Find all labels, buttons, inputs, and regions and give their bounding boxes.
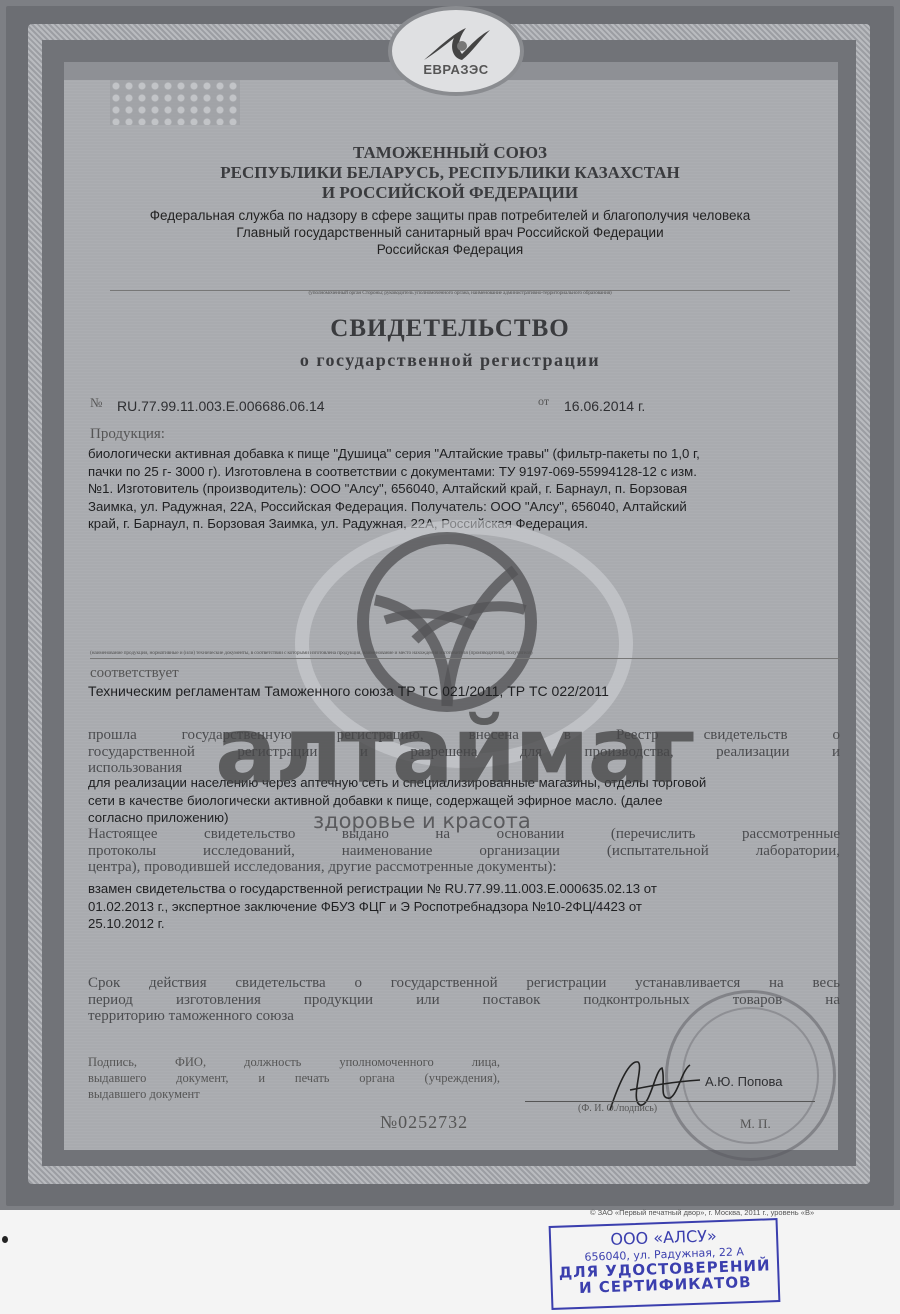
seal-mark: М. П. bbox=[740, 1116, 771, 1132]
product-line: пачки по 25 г- 3000 г). Изготовлена в со… bbox=[88, 463, 848, 481]
basis-details: взамен свидетельства о государственной р… bbox=[88, 880, 848, 933]
authority-line: Федеральная служба по надзору в сфере за… bbox=[60, 207, 840, 224]
authority-caption: (уполномоченный орган Стороны; руководит… bbox=[150, 290, 770, 296]
honeycomb-pattern bbox=[110, 80, 240, 125]
registration-number: RU.77.99.11.003.Е.006686.06.14 bbox=[117, 398, 325, 414]
logo-text: ЕВРАЗЭС bbox=[392, 62, 520, 77]
basis-statement: Настоящее свидетельство выдано на основа… bbox=[88, 826, 840, 876]
union-line: РЕСПУБЛИКИ БЕЛАРУСЬ, РЕСПУБЛИКИ КАЗАХСТА… bbox=[70, 163, 830, 183]
validity-line: Срок действия свидетельства о государств… bbox=[88, 975, 840, 992]
document-subtitle: о государственной регистрации bbox=[70, 350, 830, 371]
divider bbox=[90, 658, 840, 659]
signature-caption-line: выдавшего документ bbox=[88, 1086, 500, 1102]
watermark-brand: алтаймаг bbox=[215, 705, 694, 797]
union-heading: ТАМОЖЕННЫЙ СОЮЗ РЕСПУБЛИКИ БЕЛАРУСЬ, РЕС… bbox=[70, 143, 830, 203]
authority-line: Главный государственный санитарный врач … bbox=[60, 224, 840, 241]
signer-caption: (Ф. И. О./подпись) bbox=[578, 1103, 657, 1114]
company-stamp: ООО «АЛСУ» 656040, ул. Радужная, 22 А ДЛ… bbox=[549, 1218, 781, 1310]
product-label: Продукция: bbox=[90, 426, 165, 443]
product-line: Заимка, ул. Радужная, 22А, Российская Фе… bbox=[88, 498, 848, 516]
registration-date: 16.06.2014 г. bbox=[564, 398, 645, 414]
authority-line: Российская Федерация bbox=[60, 241, 840, 258]
product-line: №1. Изготовитель (производитель): ООО "А… bbox=[88, 480, 848, 498]
date-label: от bbox=[538, 394, 549, 409]
number-label: № bbox=[90, 395, 102, 411]
signature-caption: Подпись, ФИО, должность уполномоченного … bbox=[88, 1054, 500, 1102]
product-caption: (наименование продукции, нормативные и (… bbox=[90, 650, 840, 656]
document-title: СВИДЕТЕЛЬСТВО bbox=[70, 315, 830, 343]
form-number: №0252732 bbox=[380, 1112, 468, 1133]
signature-line bbox=[525, 1101, 815, 1102]
eurasec-emblem-icon bbox=[422, 24, 492, 64]
basis-line: центра), проводившей исследования, други… bbox=[88, 859, 840, 876]
authority-block: Федеральная служба по надзору в сфере за… bbox=[60, 207, 840, 258]
union-line: И РОССИЙСКОЙ ФЕДЕРАЦИИ bbox=[70, 183, 830, 203]
basis-line: Настоящее свидетельство выдано на основа… bbox=[88, 826, 840, 843]
signature-caption-line: выдавшего документ, и печать органа (учр… bbox=[88, 1070, 500, 1086]
basis-detail-line: 01.02.2013 г., экспертное заключение ФБУ… bbox=[88, 898, 848, 916]
basis-line: протоколы исследований, наименование орг… bbox=[88, 843, 840, 860]
eurasec-logo: ЕВРАЗЭС bbox=[388, 6, 524, 96]
basis-detail-line: 25.10.2012 г. bbox=[88, 915, 848, 933]
conformity-label: соответствует bbox=[90, 665, 179, 682]
basis-detail-line: взамен свидетельства о государственной р… bbox=[88, 880, 848, 898]
union-line: ТАМОЖЕННЫЙ СОЮЗ bbox=[70, 143, 830, 163]
product-line: биологически активная добавка к пище "Ду… bbox=[88, 445, 848, 463]
ink-dot bbox=[2, 1236, 8, 1243]
signer-name: А.Ю. Попова bbox=[705, 1074, 782, 1089]
printer-note: © ЗАО «Первый печатный двор», г. Москва,… bbox=[590, 1208, 814, 1217]
signature-caption-line: Подпись, ФИО, должность уполномоченного … bbox=[88, 1054, 500, 1070]
